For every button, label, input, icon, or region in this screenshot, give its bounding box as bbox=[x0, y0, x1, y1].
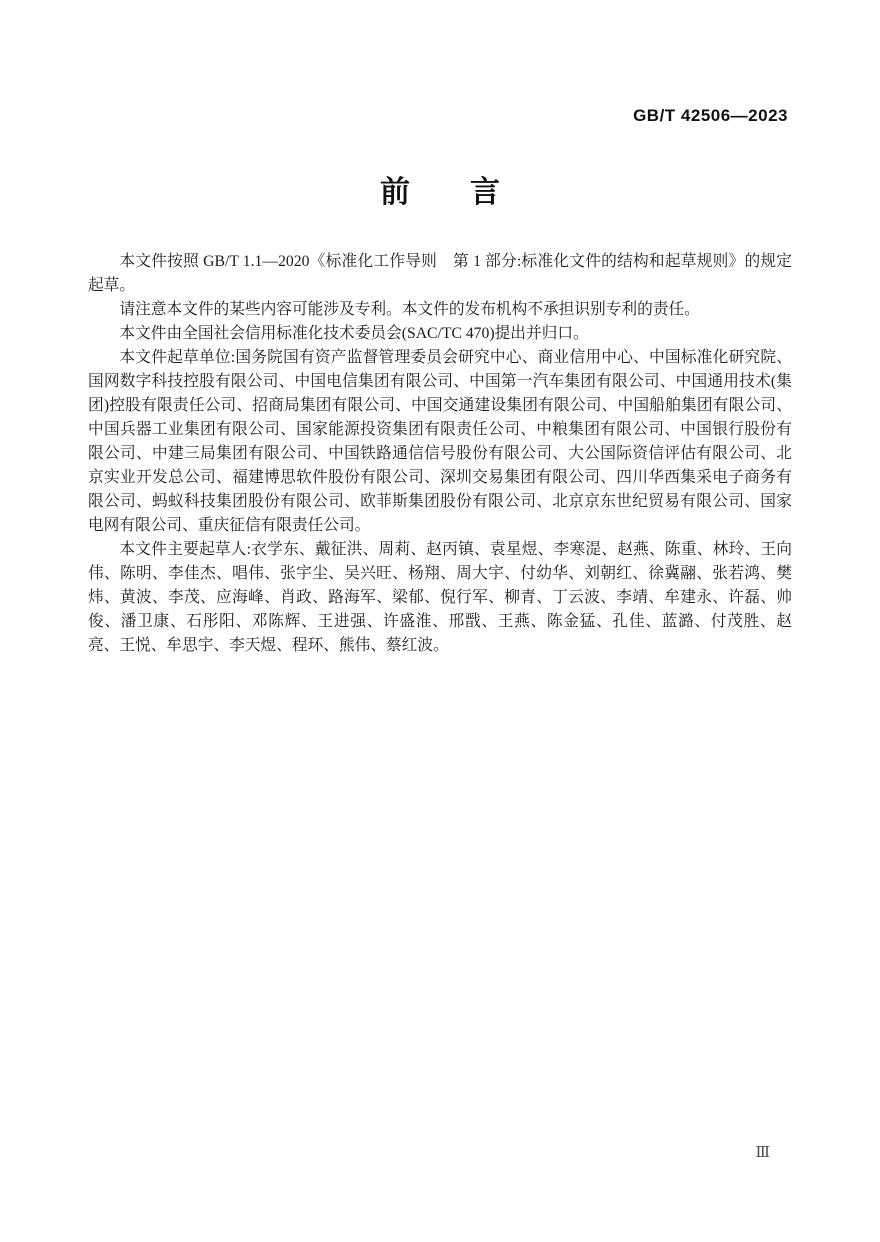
document-page: GB/T 42506—2023 前 言 本文件按照 GB/T 1.1—2020《… bbox=[0, 0, 880, 1242]
foreword-title: 前 言 bbox=[0, 176, 880, 210]
paragraph-drafting-organizations: 本文件起草单位:国务院国有资产监督管理委员会研究中心、商业信用中心、中国标准化研… bbox=[88, 346, 792, 538]
paragraph-proposing-committee: 本文件由全国社会信用标准化技术委员会(SAC/TC 470)提出并归口。 bbox=[88, 322, 792, 346]
page-number: Ⅲ bbox=[756, 1143, 770, 1162]
paragraph-patent-notice: 请注意本文件的某些内容可能涉及专利。本文件的发布机构不承担识别专利的责任。 bbox=[88, 298, 792, 322]
paragraph-main-drafters: 本文件主要起草人:衣学东、戴征洪、周莉、赵丙镇、袁星煜、李寒湜、赵燕、陈重、林玲… bbox=[88, 538, 792, 658]
doc-number: GB/T 42506—2023 bbox=[633, 106, 788, 126]
foreword-body: 本文件按照 GB/T 1.1—2020《标准化工作导则 第 1 部分:标准化文件… bbox=[88, 250, 792, 658]
paragraph-drafting-rule: 本文件按照 GB/T 1.1—2020《标准化工作导则 第 1 部分:标准化文件… bbox=[88, 250, 792, 298]
